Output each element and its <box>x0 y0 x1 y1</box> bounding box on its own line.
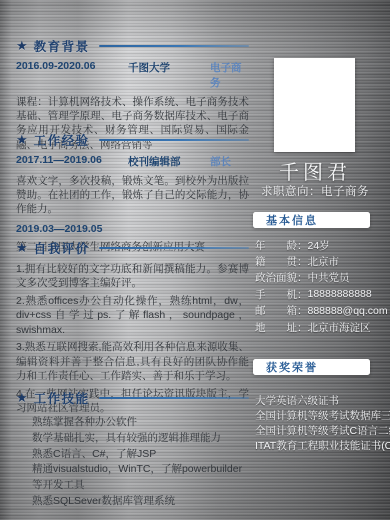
section-experience-header: ★ 工作经验 <box>16 132 249 147</box>
info-row: 政治面貌：中共党员 <box>255 270 385 286</box>
experience-date: 2019.03—2019.05 <box>16 223 128 235</box>
info-label: 政治面貌： <box>255 270 308 285</box>
info-label: 地 址： <box>255 320 308 335</box>
education-date: 2016.09-2020.06 <box>16 60 128 90</box>
section-education-header: ★ 教育背景 <box>16 38 249 53</box>
info-label: 手 机： <box>255 287 308 302</box>
candidate-name: 千图君 <box>250 156 380 185</box>
info-label: 邮 箱： <box>255 303 308 318</box>
award-item: ITAT教育工程职业技能证书(C#) <box>255 439 387 454</box>
section-title: 自我评价 <box>34 239 90 257</box>
info-value: 北京市海淀区 <box>308 320 371 335</box>
section-divider <box>99 247 249 249</box>
education-entry: 2016.09-2020.06 千图大学 电子商务 <box>16 60 249 90</box>
section-divider <box>99 45 249 47</box>
award-item: 全国计算机等级考试数据库三级证书 <box>255 409 387 424</box>
section-divider <box>99 139 249 141</box>
info-row: 地 址：北京市海淀区 <box>255 319 385 335</box>
resume-page: ★ 教育背景 2016.09-2020.06 千图大学 电子商务 课程：计算机网… <box>0 0 390 520</box>
basic-info-header: 基本信息 <box>253 212 370 228</box>
info-value: 18888888888 <box>308 288 372 300</box>
skill-item: 数学基础扎实，具有较强的逻辑推理能力 <box>32 431 249 447</box>
awards-title: 获奖荣誉 <box>253 359 318 375</box>
skills-list: 熟练掌握各种办公软件 数学基础扎实，具有较强的逻辑推理能力 熟悉C语言、C#，了… <box>16 415 249 510</box>
award-item: 大学英语六级证书 <box>255 394 387 409</box>
self-evaluation-item: 1.拥有比较好的文字功底和新闻撰稿能力。参赛博文多次受到博客主编好评。 <box>16 262 249 291</box>
skill-item: 熟悉SQLSever数据库管理系统 <box>32 494 249 510</box>
photo-placeholder <box>274 58 355 152</box>
info-row: 籍 贯：北京市 <box>255 253 385 269</box>
skill-item: 熟练掌握各种办公软件 <box>32 415 249 431</box>
info-row: 邮 箱：888888@qq.com <box>255 303 385 319</box>
award-item: 全国计算机等级考试C语言二级证书 <box>255 424 387 439</box>
info-value: 中共党员 <box>308 270 350 285</box>
education-major: 电子商务 <box>210 60 249 90</box>
self-evaluation-item: 2.熟悉offices办公自动化操作，熟练html，dw，div+css自学过p… <box>16 294 249 337</box>
info-row: 年 龄：24岁 <box>255 237 385 253</box>
section-divider <box>99 397 249 399</box>
basic-info-list: 年 龄：24岁 籍 贯：北京市 政治面貌：中共党员 手 机：1888888888… <box>255 237 385 335</box>
section-title: 工作经验 <box>34 131 90 149</box>
info-row: 手 机：18888888888 <box>255 286 385 302</box>
section-title: 工作技能 <box>34 389 90 407</box>
awards-header: 获奖荣誉 <box>253 359 370 375</box>
section-experience: ★ 工作经验 2017.11—2019.06 校刊编辑部 部长 喜欢文字，多次投… <box>16 132 249 254</box>
section-self-evaluation-header: ★ 自我评价 <box>16 240 249 255</box>
experience-entry: 2017.11—2019.06 校刊编辑部 部长 <box>16 154 249 169</box>
basic-info-title: 基本信息 <box>253 212 318 228</box>
star-icon: ★ <box>16 391 28 404</box>
skill-item: 熟悉C语言、C#，了解JSP <box>32 447 249 463</box>
info-value: 北京市 <box>308 254 340 269</box>
job-objective: 求职意向：电子商务 <box>250 183 380 199</box>
experience-role: 部长 <box>210 154 249 169</box>
section-skills: ★ 工作技能 熟练掌握各种办公软件 数学基础扎实，具有较强的逻辑推理能力 熟悉C… <box>16 390 249 510</box>
info-value: 888888@qq.com <box>308 305 388 317</box>
experience-date: 2017.11—2019.06 <box>16 154 128 169</box>
skill-item: 精通visualstudio，WinTC，了解powerbuilder等开发工具 <box>32 462 249 494</box>
experience-entry: 2019.03—2019.05 <box>16 223 249 235</box>
section-skills-header: ★ 工作技能 <box>16 390 249 405</box>
section-title: 教育背景 <box>34 37 90 55</box>
experience-org: 校刊编辑部 <box>128 154 210 169</box>
education-school: 千图大学 <box>128 60 210 90</box>
self-evaluation-item: 3.熟悉互联网搜索,能高效利用各种信息来源收集、编辑资料并善于整合信息,具有良好… <box>16 340 249 383</box>
awards-list: 大学英语六级证书 全国计算机等级考试数据库三级证书 全国计算机等级考试C语言二级… <box>255 394 387 454</box>
star-icon: ★ <box>16 133 28 146</box>
info-label: 年 龄： <box>255 238 308 253</box>
info-value: 24岁 <box>308 238 330 253</box>
star-icon: ★ <box>16 39 28 52</box>
info-label: 籍 贯： <box>255 254 308 269</box>
experience-desc: 喜欢文字，多次投稿，锻炼文笔。到校外为出版拉赞助。在社团的工作，锻炼了自己的交际… <box>16 174 249 217</box>
star-icon: ★ <box>16 241 28 254</box>
